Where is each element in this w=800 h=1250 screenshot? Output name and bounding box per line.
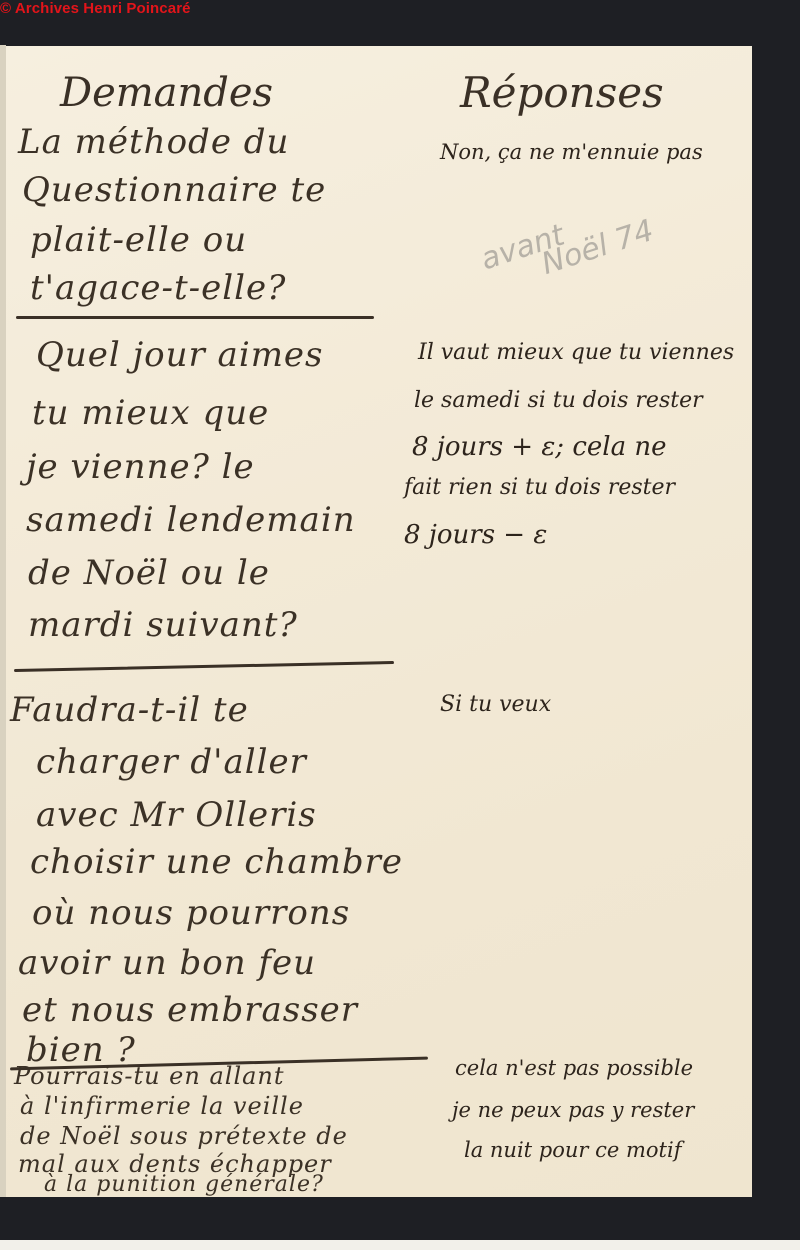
question-line: samedi lendemain [26,500,356,540]
question-line: t'agace-t-elle? [30,268,286,308]
answer-line: 8 jours − ε [404,520,547,550]
question-line: mardi suivant? [28,605,298,645]
section-divider [16,316,374,319]
question-line: je vienne? le [26,447,255,487]
answer-line: cela n'est pas possible [455,1056,693,1080]
question-line: à l'infirmerie la veille [20,1092,304,1120]
question-line: plait-elle ou [30,220,247,260]
answer-line: fait rien si tu dois rester [404,475,675,500]
answer-line: Non, ça ne m'ennuie pas [440,140,703,164]
answer-line: le samedi si tu dois rester [414,388,703,413]
answer-line: Il vaut mieux que tu viennes [418,340,734,365]
question-line: Questionnaire te [22,170,326,210]
question-line: charger d'aller [36,742,307,782]
answer-line: je ne peux pas y rester [452,1098,694,1122]
question-line: de Noël ou le [28,553,270,593]
question-line: et nous embrasser [22,990,358,1030]
question-line: avec Mr Olleris [36,795,317,835]
archive-watermark: © Archives Henri Poincaré [0,0,191,17]
question-line: tu mieux que [32,393,269,433]
question-line: où nous pourrons [32,893,350,933]
question-line: de Noël sous prétexte de [20,1122,348,1150]
scan-bottom-margin [0,1240,800,1250]
answer-line: Si tu veux [440,692,551,717]
question-line: Faudra-t-il te [10,690,249,730]
heading-reponses: Réponses [460,68,664,117]
question-line: Pourrais-tu en allant [14,1062,285,1090]
question-line: choisir une chambre [30,842,403,882]
question-line: Quel jour aimes [36,335,324,375]
answer-line: la nuit pour ce motif [464,1138,681,1162]
question-line: La méthode du [18,122,289,162]
paper-left-edge [0,45,6,1197]
question-line: à la punition générale? [44,1172,324,1197]
question-line: avoir un bon feu [18,943,316,983]
heading-demandes: Demandes [60,70,273,116]
answer-line: 8 jours + ε; cela ne [412,432,667,462]
